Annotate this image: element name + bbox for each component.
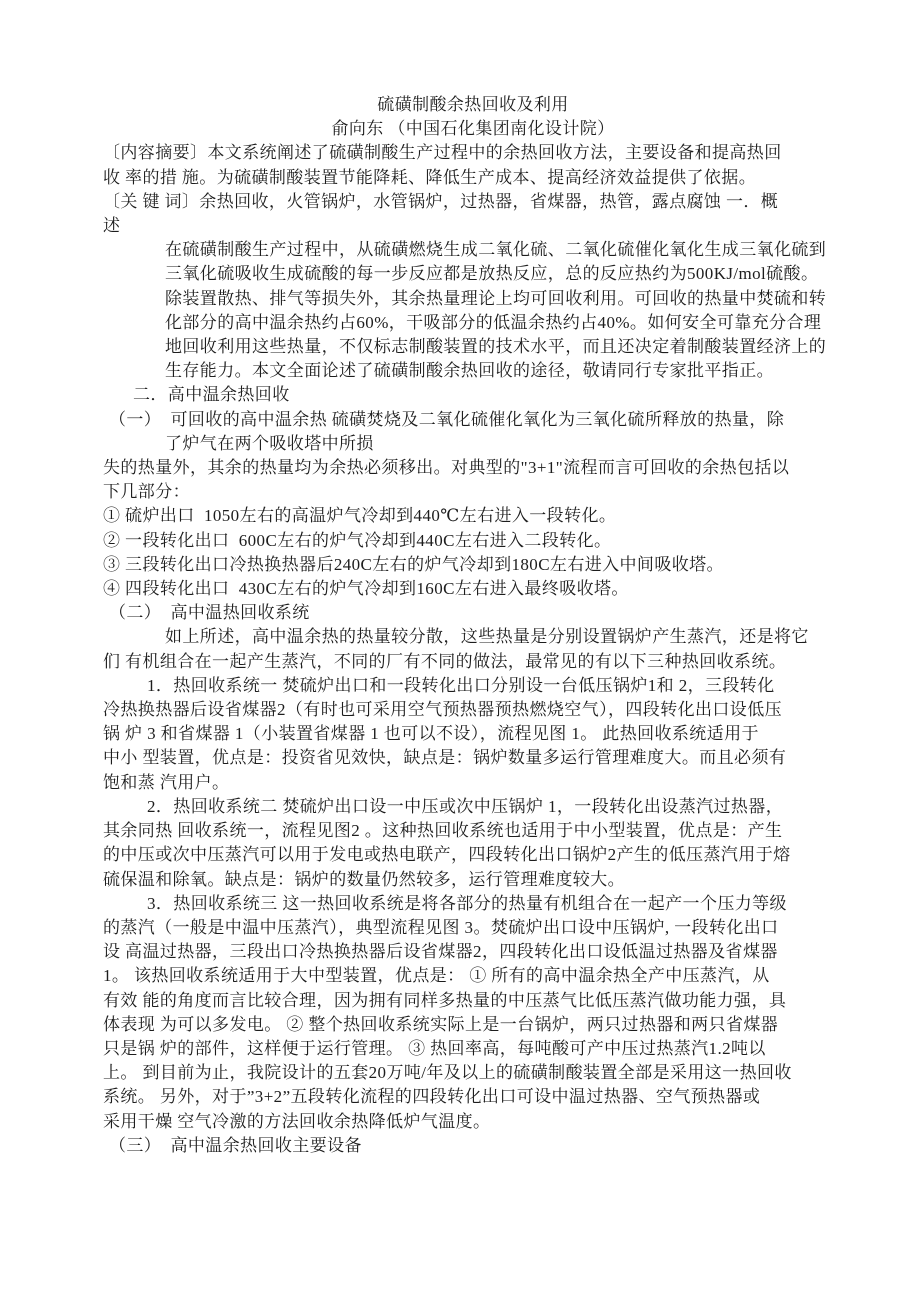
document-author: 俞向东 （中国石化集团南化设计院） (103, 117, 809, 141)
text-line: 化部分的高中温余热约占60%，干吸部分的低温余热约占40%。如何安全可靠充分合理 (103, 311, 809, 335)
text-line: 设 高温过热器，三段出口冷热换热器后设省煤器2，四段转化出口设低温过热器及省煤器 (103, 940, 809, 964)
subsection-heading: （三） 高中温余热回收主要设备 (103, 1134, 809, 1158)
text-line: 们 有机组合在一起产生蒸汽，不同的厂有不同的做法，最常见的有以下三种热回收系统。 (103, 650, 809, 674)
text-line: 述 (103, 214, 809, 238)
text-line: 1。 该热回收系统适用于大中型装置，优点是： ① 所有的高中温余热全产中压蒸汽，… (103, 964, 809, 988)
text-line: 地回收利用这些热量，不仅标志制酸装置的技术水平，而且还决定着制酸装置经济上的 (103, 335, 809, 359)
text-line: 硫保温和除氧。缺点是：锅炉的数量仍然较多，运行管理难度较大。 (103, 868, 809, 892)
text-line: 系统。 另外，对于”3+2”五段转化流程的四段转化出口可设中温过热器、空气预热器… (103, 1085, 809, 1109)
subsection-heading: （一） 可回收的高中温余热 硫磺焚烧及二氧化硫催化氧化为三氧化硫所释放的热量，除 (103, 408, 809, 432)
document-title: 硫磺制酸余热回收及利用 (103, 93, 809, 117)
text-line: 的中压或次中压蒸汽可以用于发电或热电联产，四段转化出口锅炉2产生的低压蒸汽用于熔 (103, 843, 809, 867)
text-line: 其余同热 回收系统一，流程见图2 。这种热回收系统也适用于中小型装置，优点是：产… (103, 819, 809, 843)
list-item: ① 硫炉出口 1050左右的高温炉气冷却到440℃左右进入一段转化。 (103, 504, 809, 528)
abstract-line: 〔内容摘要〕本文系统阐述了硫磺制酸生产过程中的余热回收方法，主要设备和提高热回 (103, 141, 809, 165)
text-line: 有效 能的角度而言比较合理，因为拥有同样多热量的中压蒸气比低压蒸汽做功能力强，具 (103, 989, 809, 1013)
text-line: 生存能力。本文全面论述了硫磺制酸余热回收的途径，敬请同行专家批平指正。 (103, 359, 809, 383)
list-item: ② 一段转化出口 600C左右的炉气冷却到440C左右进入二段转化。 (103, 529, 809, 553)
section-heading: 二．高中温余热回收 (103, 383, 809, 407)
keywords-line: 〔关 键 词〕余热回收，火管锅炉，水管锅炉，过热器，省煤器，热管，露点腐蚀 一．… (103, 190, 809, 214)
document-page: 硫磺制酸余热回收及利用 俞向东 （中国石化集团南化设计院） 〔内容摘要〕本文系统… (0, 0, 920, 1302)
text-line: 的蒸汽（一般是中温中压蒸汽），典型流程见图 3。焚硫炉出口设中压锅炉, 一段转化… (103, 916, 809, 940)
text-line: 体表现 为可以多发电。 ② 整个热回收系统实际上是一台锅炉，两只过热器和两只省煤… (103, 1013, 809, 1037)
text-line: 冷热换热器后设省煤器2（有时也可采用空气预热器预热燃烧空气），四段转化出口设低压 (103, 698, 809, 722)
text-line: 上。 到目前为止，我院设计的五套20万吨/年及以上的硫磺制酸装置全部是采用这一热… (103, 1061, 809, 1085)
text-line: 1．热回收系统一 焚硫炉出口和一段转化出口分别设一台低压锅炉1和 2，三段转化 (103, 674, 809, 698)
text-line: 饱和蒸 汽用户。 (103, 771, 809, 795)
text-line: 如上所述，高中温余热的热量较分散，这些热量是分别设置锅炉产生蒸汽，还是将它 (103, 625, 809, 649)
text-line: 采用干燥 空气冷激的方法回收余热降低炉气温度。 (103, 1110, 809, 1134)
text-line: 了炉气在两个吸收塔中所损 (103, 432, 809, 456)
text-line: 锅 炉 3 和省煤器 1（小装置省煤器 1 也可以不设），流程见图 1。 此热回… (103, 722, 809, 746)
text-line: 中小 型装置，优点是：投资省见效快，缺点是：锅炉数量多运行管理难度大。而且必须有 (103, 746, 809, 770)
text-line: 除装置散热、排气等损失外，其余热量理论上均可回收利用。可回收的热量中焚硫和转 (103, 287, 809, 311)
text-line: 只是锅 炉的部件，这样便于运行管理。 ③ 热回率高，每吨酸可产中压过热蒸汽1.2… (103, 1037, 809, 1061)
list-item: ④ 四段转化出口 430C左右的炉气冷却到160C左右进入最终吸收塔。 (103, 577, 809, 601)
text-line: 三氧化硫吸收生成硫酸的每一步反应都是放热反应，总的反应热约为500KJ/mol硫… (103, 262, 809, 286)
text-line: 3．热回收系统三 这一热回收系统是将各部分的热量有机组合在一起产一个压力等级 (103, 892, 809, 916)
text-line: 失的热量外，其余的热量均为余热必须移出。对典型的"3+1"流程而言可回收的余热包… (103, 456, 809, 480)
text-line: 在硫磺制酸生产过程中，从硫磺燃烧生成二氧化硫、二氧化硫催化氧化生成三氧化硫到 (103, 238, 809, 262)
abstract-line: 收 率的措 施。为硫磺制酸装置节能降耗、降低生产成本、提高经济效益提供了依据。 (103, 166, 809, 190)
text-line: 2．热回收系统二 焚硫炉出口设一中压或次中压锅炉 1，一段转化出设蒸汽过热器， (103, 795, 809, 819)
text-line: 下几部分： (103, 480, 809, 504)
list-item: ③ 三段转化出口冷热换热器后240C左右的炉气冷却到180C左右进入中间吸收塔。 (103, 553, 809, 577)
document-body: 硫磺制酸余热回收及利用 俞向东 （中国石化集团南化设计院） 〔内容摘要〕本文系统… (103, 93, 809, 1158)
subsection-heading: （二） 高中温热回收系统 (103, 601, 809, 625)
